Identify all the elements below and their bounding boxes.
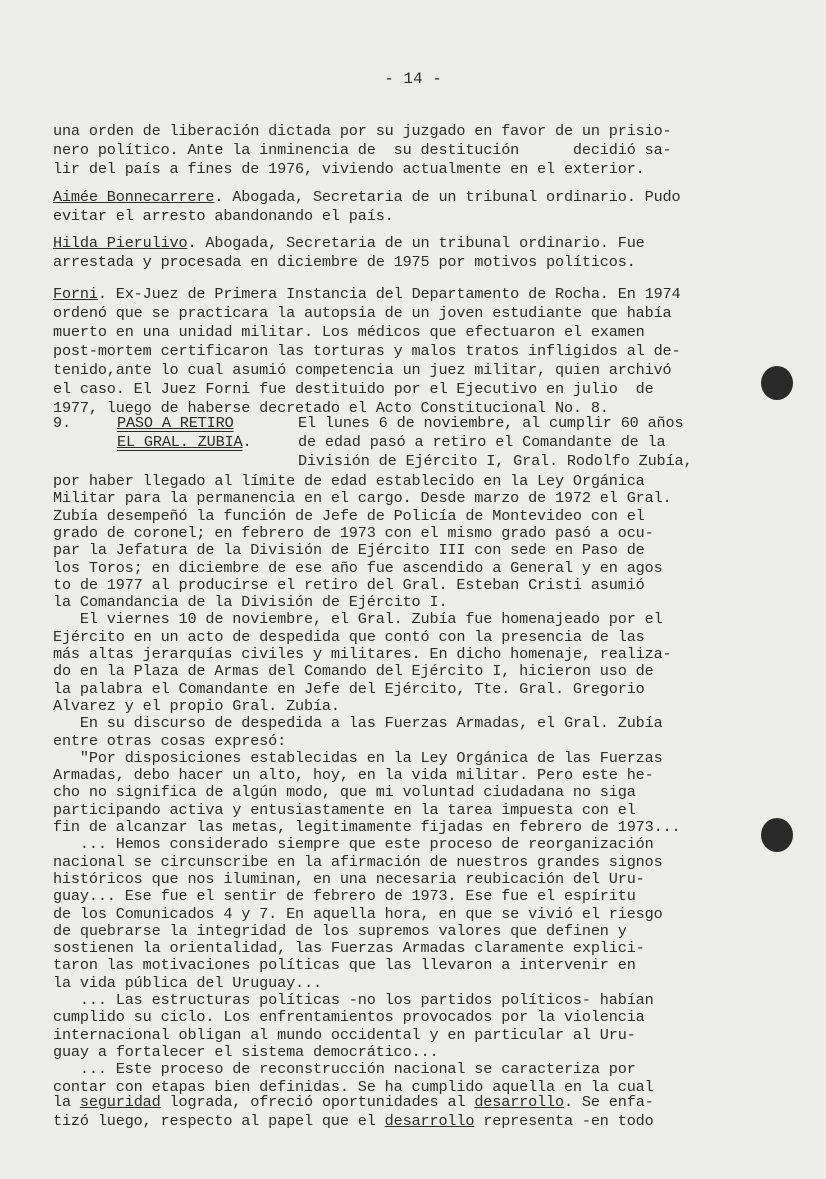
text-line: muerto en una unidad militar. Los médico…: [53, 323, 645, 342]
punch-hole: [761, 818, 793, 852]
text-line: ... Este proceso de reconstrucción nacio…: [53, 1060, 636, 1079]
text-line: de quebrarse la integridad de los suprem…: [53, 922, 627, 941]
person-name: Hilda Pierulivo: [53, 234, 187, 252]
person-name: Aimée Bonnecarrere: [53, 188, 214, 206]
text-line: ... Las estructuras políticas -no los pa…: [53, 991, 654, 1010]
text-line: tenido,ante lo cual asumió competencia u…: [53, 361, 672, 380]
text-line: El viernes 10 de noviembre, el Gral. Zub…: [53, 610, 663, 629]
text-line: entre otras cosas expresó:: [53, 732, 286, 751]
text-line: Aimée Bonnecarrere. Abogada, Secretaria …: [53, 188, 681, 207]
text-line: la palabra el Comandante en Jefe del Ejé…: [53, 680, 645, 699]
text-line: División de Ejército I, Gral. Rodolfo Zu…: [298, 452, 692, 471]
text-line: guay... Ese fue el sentir de febrero de …: [53, 887, 636, 906]
text-line: de edad pasó a retiro el Comandante de l…: [298, 433, 666, 452]
text-line: arrestada y procesada en diciembre de 19…: [53, 253, 636, 272]
text-line: participando activa y entusiastamente en…: [53, 801, 636, 820]
text-line: tizó luego, respecto al papel que el des…: [53, 1112, 654, 1131]
text-line: fin de alcanzar las metas, legitimamente…: [53, 818, 680, 837]
text-line: Alvarez y el propio Gral. Zubía.: [53, 697, 340, 716]
text-line: post-mortem certificaron las torturas y …: [53, 342, 680, 361]
text-line: to de 1977 al producirse el retiro del G…: [53, 576, 645, 595]
person-name: Forni: [53, 285, 98, 303]
punch-hole: [761, 366, 793, 400]
text-line: taron las motivaciones políticas que las…: [53, 956, 636, 975]
text-line: Hilda Pierulivo. Abogada, Secretaria de …: [53, 234, 645, 253]
text-line: por haber llegado al límite de edad esta…: [53, 472, 645, 491]
text-line: de los Comunicados 4 y 7. En aquella hor…: [53, 905, 663, 924]
text-line: do en la Plaza de Armas del Comando del …: [53, 662, 654, 681]
section-number: 9.: [53, 414, 71, 433]
text-line: El lunes 6 de noviembre, al cumplir 60 a…: [298, 414, 683, 433]
text-line: cho no significa de algún modo, que mi v…: [53, 783, 636, 802]
text-line: cumplido su ciclo. Los enfrentamientos p…: [53, 1008, 645, 1027]
text-line: internacional obligan al mundo occidenta…: [53, 1026, 636, 1045]
text-line: Militar para la permanencia en el cargo.…: [53, 489, 672, 508]
text-line: Ejército en un acto de despedida que con…: [53, 628, 645, 647]
text-line: sostienen la orientalidad, las Fuerzas A…: [53, 939, 645, 958]
text-line: históricos que nos iluminan, en una nece…: [53, 870, 645, 889]
text-line: ... Hemos considerado siempre que este p…: [53, 835, 654, 854]
text-line: lir del país a fines de 1976, viviendo a…: [53, 160, 645, 179]
text-line: grado de coronel; en febrero de 1973 con…: [53, 524, 654, 543]
section-heading: PASO A RETIRO: [117, 414, 234, 433]
text-line: Zubía desempeñó la función de Jefe de Po…: [53, 507, 645, 526]
text-line: una orden de liberación dictada por su j…: [53, 122, 672, 141]
text-line: nero político. Ante la inminencia de su …: [53, 141, 672, 160]
text-line: la vida pública del Uruguay...: [53, 974, 322, 993]
text-line: la Comandancia de la División de Ejércit…: [53, 593, 447, 612]
text-line: Forni. Ex-Juez de Primera Instancia del …: [53, 285, 681, 304]
text-line: par la Jefatura de la División de Ejérci…: [53, 541, 645, 560]
text-line: evitar el arresto abandonando el país.: [53, 207, 394, 226]
text-line: más altas jerarquías civiles y militares…: [53, 645, 672, 664]
text-line: ordenó que se practicara la autopsia de …: [53, 304, 672, 323]
section-heading: EL GRAL. ZUBIA.: [117, 433, 251, 452]
text-line: los Toros; en diciembre de ese año fue a…: [53, 559, 663, 578]
text-line: Armadas, debo hacer un alto, hoy, en la …: [53, 766, 654, 785]
text-line: el caso. El Juez Forni fue destituido po…: [53, 380, 654, 399]
text-line: la seguridad lograda, ofreció oportunida…: [53, 1093, 654, 1112]
text-line: guay a fortalecer el sistema democrático…: [53, 1043, 438, 1062]
text-line: En su discurso de despedida a las Fuerza…: [53, 714, 663, 733]
page-number: - 14 -: [0, 70, 826, 88]
text-line: "Por disposiciones establecidas en la Le…: [53, 749, 663, 768]
text-line: nacional se circunscribe en la afirmació…: [53, 853, 663, 872]
